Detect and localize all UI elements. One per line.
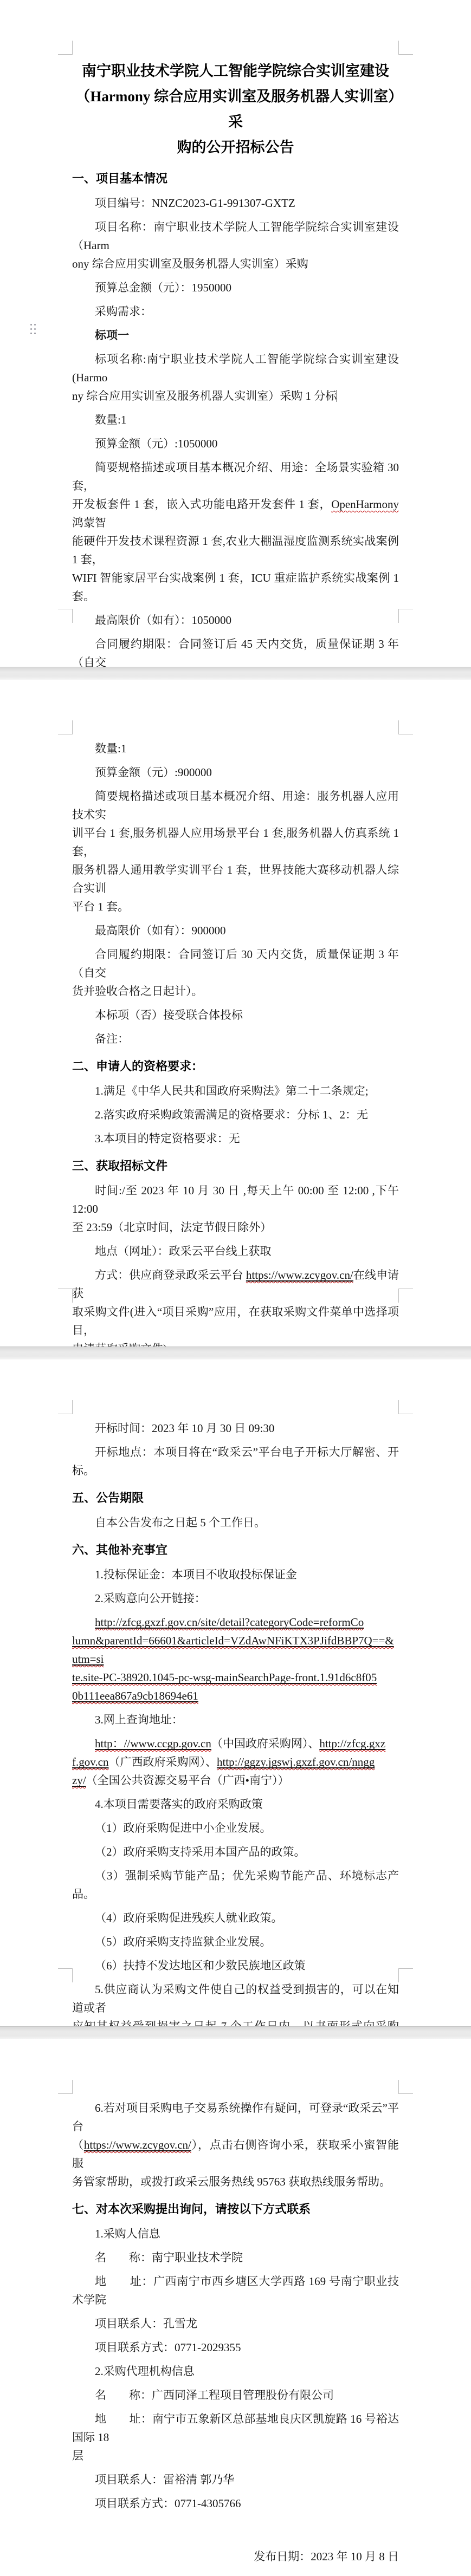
drag-handle-icon[interactable] (30, 324, 37, 335)
paragraph: 方式：供应商登录政采云平台 https://www.zcygov.cn/在线申请… (72, 1266, 399, 1346)
paragraph: 最高限价（如有）：900000 (72, 921, 399, 940)
section-heading: 七、对本次采购提出询问，请按以下方式联系 (72, 2200, 399, 2219)
margin-corner-mark (398, 2080, 413, 2094)
page-4: 6.若对项目采购电子交易系统操作有疑问，可登录“政采云”平台 （https://… (0, 2039, 471, 2576)
paragraph: 项目联系方式：0771-4305766 (72, 2494, 399, 2513)
hyperlink-text: https://www.zcygov.cn/ (246, 1269, 353, 1282)
section-heading: 三、获取招标文件 (72, 1156, 399, 1176)
paragraph: 5.供应商认为采购文件使自己的权益受到损害的，可以在知道或者 应知其权益受到损害… (72, 1980, 399, 2026)
paragraph: （1）政府采购促进中小企业发展。 (72, 1819, 399, 1837)
paragraph: 采购需求： (72, 302, 399, 321)
page-2: 数量:1预算金额（元）:900000简要规格描述或项目基本概况介绍、用途：服务机… (0, 680, 471, 1346)
word-document-view: 南宁职业技术学院人工智能学院综合实训室建设 （Harmony 综合应用实训室及服… (0, 0, 471, 2576)
page-gap (0, 667, 471, 680)
paragraph: （3）强制采购节能产品；优先采购节能产品、环境标志产品。 (72, 1866, 399, 1903)
paragraph: 时间:/至 2023 年 10 月 30 日 ,每天上午 00:00 至 12:… (72, 1181, 399, 1237)
paragraph: （4）政府采购促进残疾人就业政策。 (72, 1909, 399, 1927)
section-heading: 五、公告期限 (72, 1488, 399, 1508)
page-gap (0, 1346, 471, 1359)
paragraph: 简要规格描述或项目基本概况介绍、用途：全场景实验箱 30 套， 开发板套件 1 … (72, 458, 399, 606)
margin-corner-mark (58, 41, 73, 55)
margin-corner-mark (58, 1968, 73, 1982)
text-run: （广西政府采购网）、 (108, 1755, 217, 1768)
paragraph: （6）扶持不发达地区和少数民族地区政策 (72, 1956, 399, 1975)
paragraph: 预算总金额（元）：1950000 (72, 278, 399, 297)
margin-corner-mark (58, 1289, 73, 1303)
paragraph: 标项一 (72, 326, 399, 344)
text-run: 鸿蒙智 能硬件开发技术课程资源 1 套,农业大棚温湿度监测系统实战案例 1 套，… (72, 516, 399, 603)
hyperlink-text: https://www.zcygov.cn/ (84, 2138, 191, 2151)
page-gap (0, 2026, 471, 2039)
paragraph: 项目联系方式：0771-2029355 (72, 2338, 399, 2357)
text-run: 标项名称:南宁职业技术学院人工智能学院综合实训室建设(Harmo ny 综合应用… (72, 353, 399, 402)
page-content: 6.若对项目采购电子交易系统操作有疑问，可登录“政采云”平台 （https://… (0, 2039, 471, 2566)
paragraph: 项目名称：南宁职业技术学院人工智能学院综合实训室建设（Harm ony 综合应用… (72, 218, 399, 273)
text-caret (337, 390, 337, 402)
hyperlink[interactable]: https://www.zcygov.cn/ (84, 2138, 191, 2151)
page-1: 南宁职业技术学院人工智能学院综合实训室建设 （Harmony 综合应用实训室及服… (0, 0, 471, 667)
text-run: （中国政府采购网）、 (211, 1737, 320, 1750)
paragraph: 名 称：南宁职业技术学院 (72, 2248, 399, 2267)
paragraph: 数量:1 (72, 739, 399, 758)
paragraph: 地点（网址）：政采云平台线上获取 (72, 1242, 399, 1260)
paragraph: 自本公告发布之日起 5 个工作日。 (72, 1513, 399, 1532)
paragraph: http://zfcg.gxzf.gov.cn/site/detail?cate… (72, 1613, 399, 1705)
paragraph: 1.满足《中华人民共和国政府采购法》第二十二条规定; (72, 1082, 399, 1100)
text-run: （全国公共资源交易平台（广西•南宁）） (86, 1774, 289, 1787)
paragraph: 2.落实政府采购政策需满足的资格要求：分标 1、2：无 (72, 1105, 399, 1124)
margin-corner-mark (58, 720, 73, 734)
paragraph: 本标项（否）接受联合体投标 (72, 1006, 399, 1024)
margin-corner-mark (58, 1400, 73, 1414)
paragraph: 合同履约期限：合同签订后 30 天内交货，质量保证期 3 年（自交 货并验收合格… (72, 945, 399, 1000)
spellcheck-text: OpenHarmony (331, 498, 399, 511)
paragraph: 6.若对项目采购电子交易系统操作有疑问，可登录“政采云”平台 （https://… (72, 2099, 399, 2191)
margin-corner-mark (398, 720, 413, 734)
hyperlink[interactable]: http://zfcg.gxzf.gov.cn/site/detail?cate… (72, 1616, 394, 1702)
margin-corner-mark (58, 2080, 73, 2094)
text-run: 方式：供应商登录政采云平台 (95, 1269, 246, 1282)
page-content: 数量:1预算金额（元）:900000简要规格描述或项目基本概况介绍、用途：服务机… (0, 680, 471, 1346)
paragraph: （5）政府采购支持监狱企业发展。 (72, 1933, 399, 1951)
paragraph: 2.采购代理机构信息 (72, 2362, 399, 2380)
paragraph: 1.投标保证金：本项目不收取投标保证金 (72, 1565, 399, 1584)
page-content: 南宁职业技术学院人工智能学院综合实训室建设 （Harmony 综合应用实训室及服… (0, 0, 471, 667)
paragraph: 名 称：广西同泽工程项目管理股份有限公司 (72, 2386, 399, 2404)
paragraph: 地 址：南宁市五象新区总部基地良庆区凯旋路 16 号裕达国际 18 层 (72, 2410, 399, 2465)
paragraph: 数量:1 (72, 411, 399, 429)
margin-corner-mark (398, 1400, 413, 1414)
paragraph: 2.采购意向公开链接： (72, 1589, 399, 1608)
paragraph: 1.采购人信息 (72, 2224, 399, 2243)
margin-corner-mark (398, 1289, 413, 1303)
paragraph: 标项名称:南宁职业技术学院人工智能学院综合实训室建设(Harmo ny 综合应用… (72, 350, 399, 405)
paragraph: 3.网上查询地址： (72, 1710, 399, 1729)
paragraph: 发布日期：2023 年 10 月 8 日 (72, 2547, 399, 2566)
paragraph: 项目联系人：雷裕清 郭乃华 (72, 2470, 399, 2489)
margin-corner-mark (398, 41, 413, 55)
paragraph: （2）政府采购支持采用本国产品的政策。 (72, 1843, 399, 1861)
paragraph: 备注： (72, 1030, 399, 1048)
margin-corner-mark (398, 1968, 413, 1982)
margin-corner-mark (398, 609, 413, 623)
paragraph: 合同履约期限：合同签订后 45 天内交货，质量保证期 3 年（自交 货并验收合格… (72, 635, 399, 667)
paragraph: 预算金额（元）:1050000 (72, 434, 399, 453)
paragraph: 开标时间：2023 年 10 月 30 日 09:30 (72, 1419, 399, 1437)
paragraph: 地 址：广西南宁市西乡塘区大学西路 169 号南宁职业技术学院 (72, 2272, 399, 2309)
paragraph: 预算金额（元）:900000 (72, 763, 399, 782)
paragraph: 项目联系人：孔雪龙 (72, 2314, 399, 2333)
hyperlink[interactable]: http：//www.ccgp.gov.cn (95, 1737, 211, 1750)
hyperlink[interactable]: https://www.zcygov.cn/ (246, 1269, 353, 1282)
section-heading: 一、项目基本情况 (72, 169, 399, 188)
page-3: 开标时间：2023 年 10 月 30 日 09:30开标地点：本项目将在“政采… (0, 1359, 471, 2026)
section-heading: 六、其他补充事宜 (72, 1540, 399, 1560)
section-heading: 二、申请人的资格要求： (72, 1057, 399, 1076)
paragraph: 简要规格描述或项目基本概况介绍、用途：服务机器人应用技术实 训平台 1 套,服务… (72, 787, 399, 916)
paragraph: 项目编号：NNZC2023-G1-991307-GXTZ (72, 194, 399, 212)
page-content: 开标时间：2023 年 10 月 30 日 09:30开标地点：本项目将在“政采… (0, 1359, 471, 2026)
margin-corner-mark (58, 609, 73, 623)
paragraph: 最高限价（如有）：1050000 (72, 611, 399, 629)
hyperlink-text: http：//www.ccgp.gov.cn (95, 1737, 211, 1750)
doc-title: 南宁职业技术学院人工智能学院综合实训室建设 （Harmony 综合应用实训室及服… (72, 58, 399, 160)
paragraph: 3.本项目的特定资格要求：无 (72, 1129, 399, 1148)
paragraph: 4.本项目需要落实的政府采购政策 (72, 1795, 399, 1813)
paragraph: http：//www.ccgp.gov.cn（中国政府采购网）、http://z… (72, 1734, 399, 1790)
paragraph: 开标地点：本项目将在“政采云”平台电子开标大厅解密、开标。 (72, 1443, 399, 1480)
hyperlink-text: http://zfcg.gxzf.gov.cn/site/detail?cate… (72, 1616, 394, 1702)
